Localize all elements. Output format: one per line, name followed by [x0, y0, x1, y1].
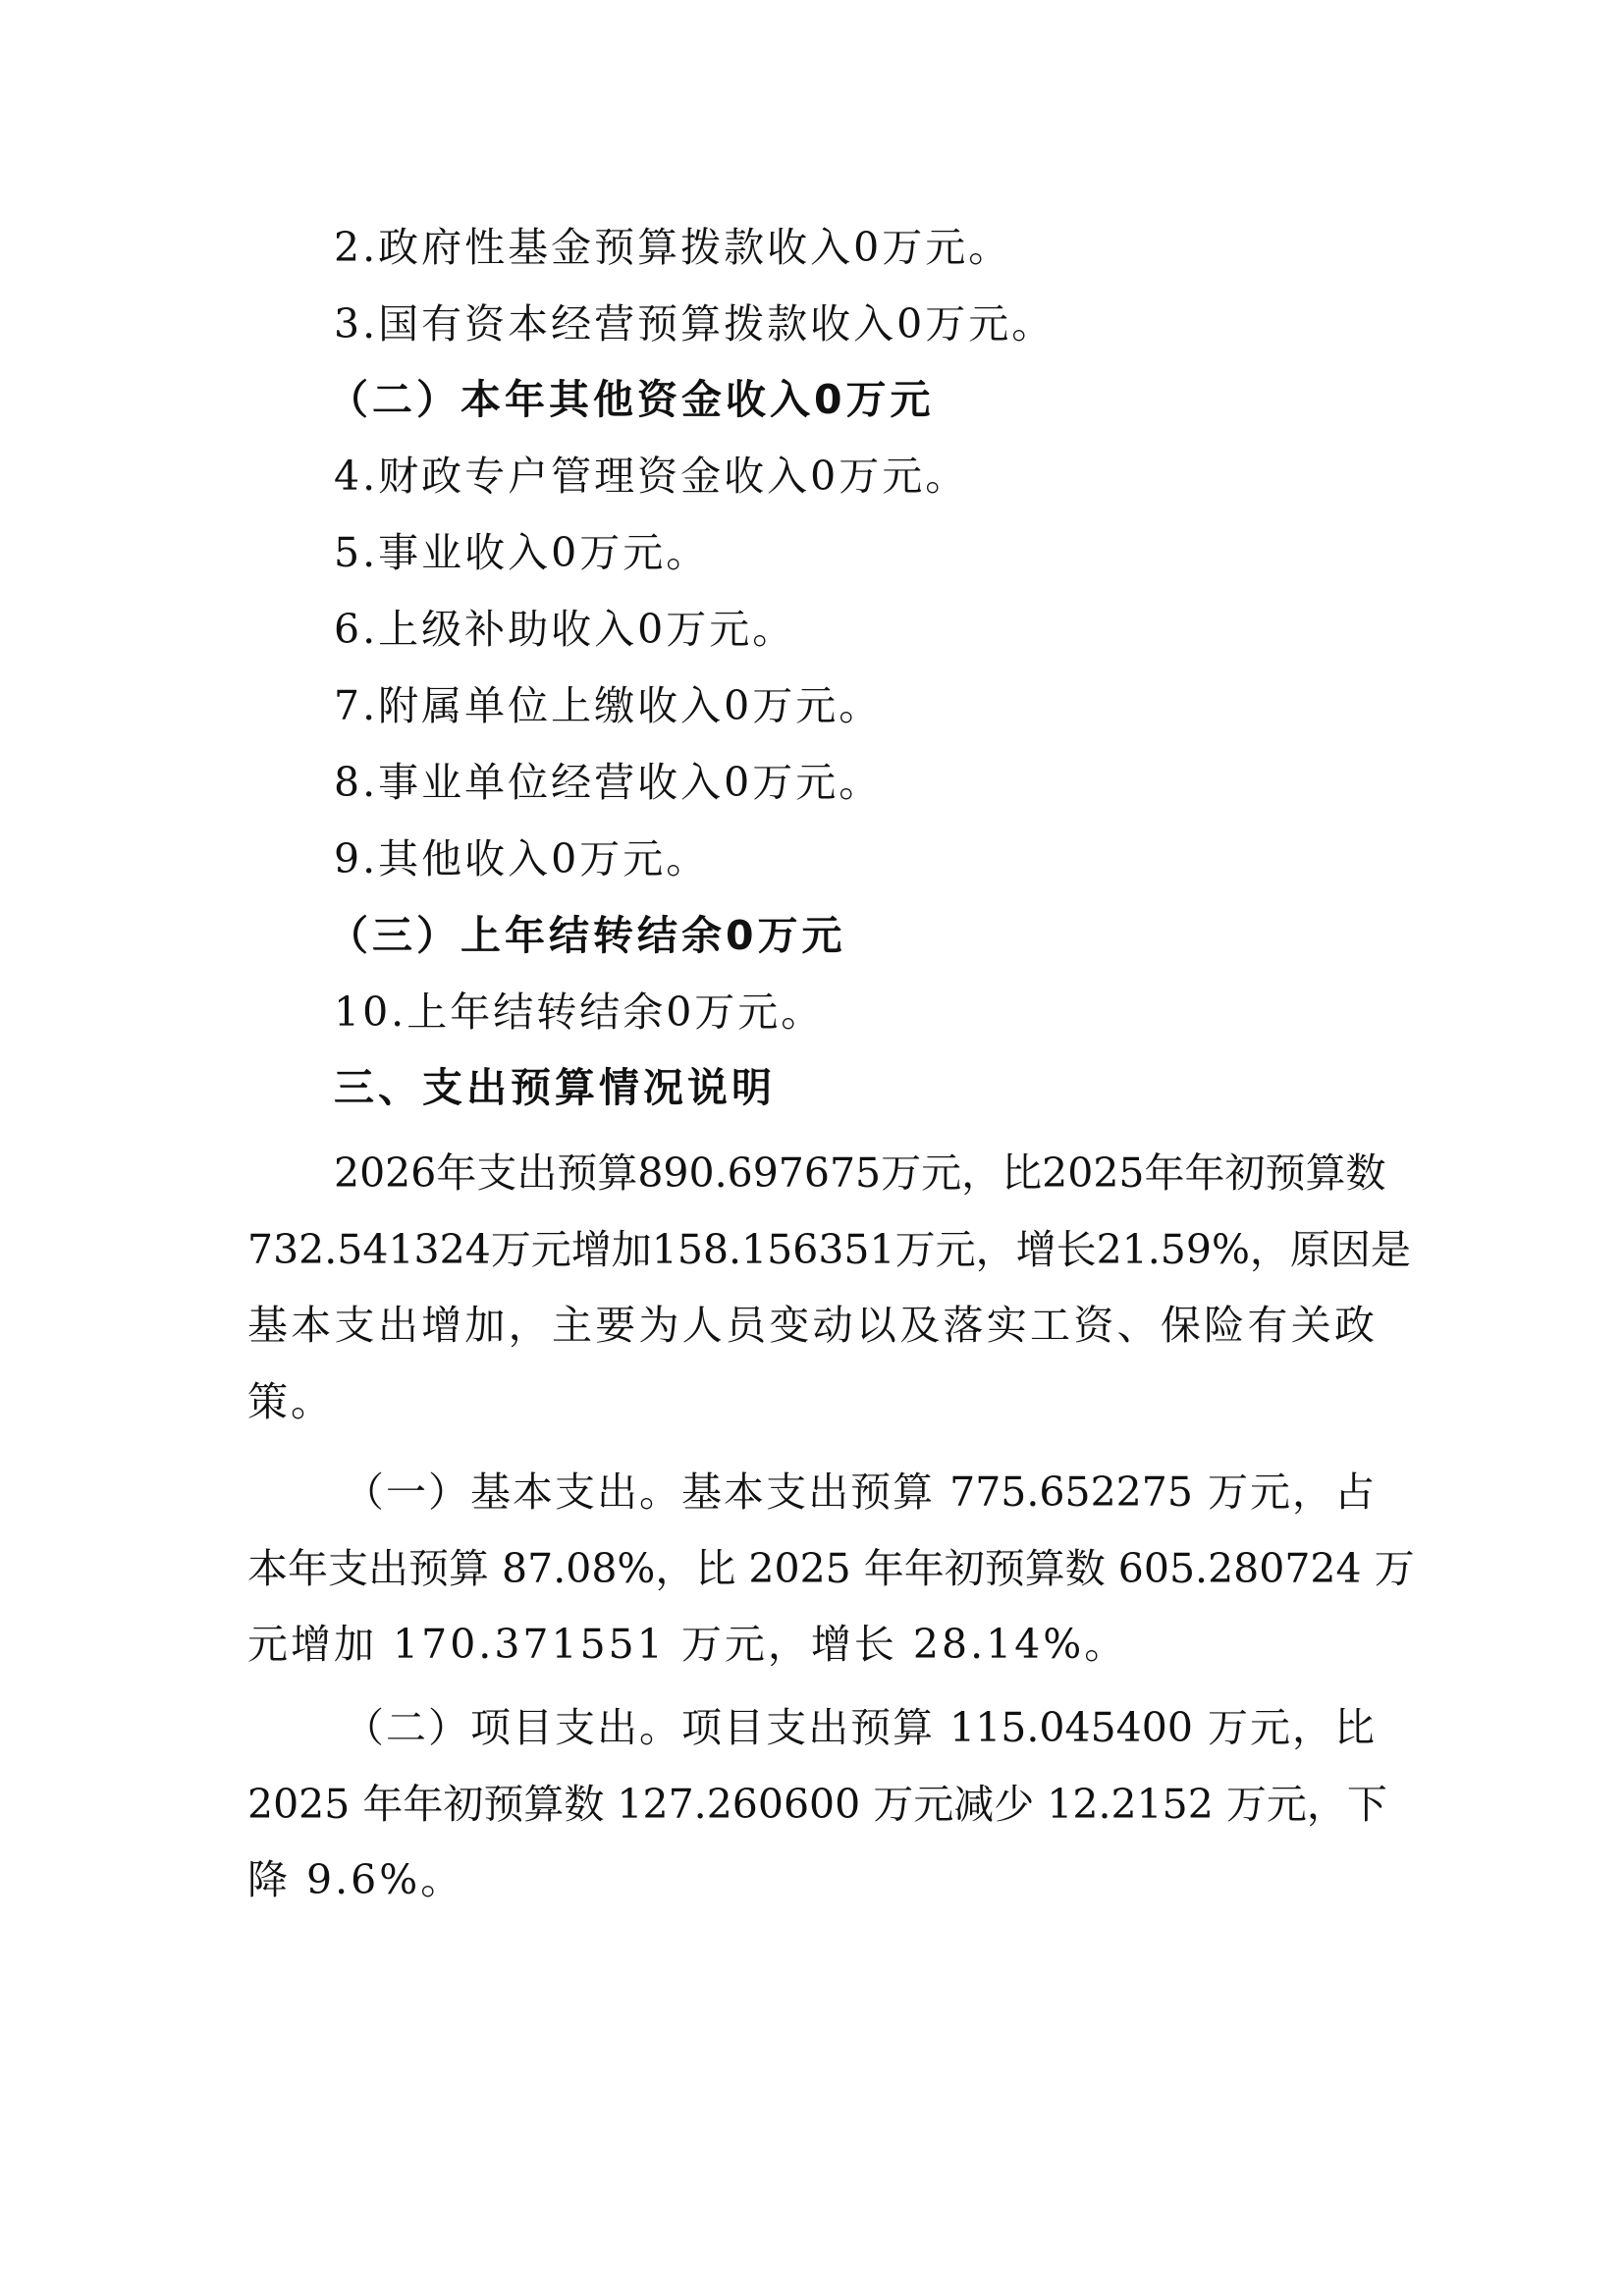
basic-expenditure-line-2: 本年支出预算 87.08%，比 2025 年年初预算数 605.280724 万 [247, 1543, 1375, 1594]
income-item-6: 6.上级补助收入0万元。 [334, 604, 795, 655]
carryover-item-10: 10.上年结转结余0万元。 [334, 987, 824, 1038]
expenditure-summary-line-4: 策。 [247, 1376, 334, 1427]
expenditure-summary-line-3: 基本支出增加，主要为人员变动以及落实工资、保险有关政 [247, 1300, 1375, 1351]
income-item-8: 8.事业单位经营收入0万元。 [334, 757, 882, 808]
basic-expenditure-line-1: （一）基本支出。基本支出预算 775.652275 万元，占 [344, 1467, 1375, 1518]
expenditure-summary-line-1: 2026年支出预算890.697675万元，比2025年年初预算数 [334, 1148, 1375, 1199]
document-page: 2.政府性基金预算拨款收入0万元。 3.国有资本经营预算拨款收入0万元。 （二）… [0, 0, 1624, 2296]
expenditure-summary-line-2: 732.541324万元增加158.156351万元，增长21.59%，原因是 [247, 1224, 1375, 1275]
income-item-4: 4.财政专户管理资金收入0万元。 [334, 451, 968, 502]
income-item-7: 7.附属单位上缴收入0万元。 [334, 680, 882, 731]
other-income-heading: （二）本年其他资金收入0万元 [328, 374, 935, 425]
section-3-heading: 三、支出预算情况说明 [334, 1062, 776, 1113]
project-expenditure-line-3: 降 9.6%。 [247, 1854, 463, 1905]
income-item-3: 3.国有资本经营预算拨款收入0万元。 [334, 298, 1055, 349]
carryover-heading: （三）上年结转结余0万元 [328, 910, 846, 961]
basic-expenditure-line-3: 元增加 170.371551 万元，增长 28.14%。 [247, 1619, 1127, 1670]
income-item-2: 2.政府性基金预算拨款收入0万元。 [334, 222, 1011, 273]
income-item-9: 9.其他收入0万元。 [334, 833, 709, 884]
income-item-5: 5.事业收入0万元。 [334, 527, 709, 578]
project-expenditure-line-2: 2025 年年初预算数 127.260600 万元减少 12.2152 万元，下 [247, 1779, 1375, 1830]
project-expenditure-line-1: （二）项目支出。项目支出预算 115.045400 万元，比 [344, 1702, 1375, 1753]
